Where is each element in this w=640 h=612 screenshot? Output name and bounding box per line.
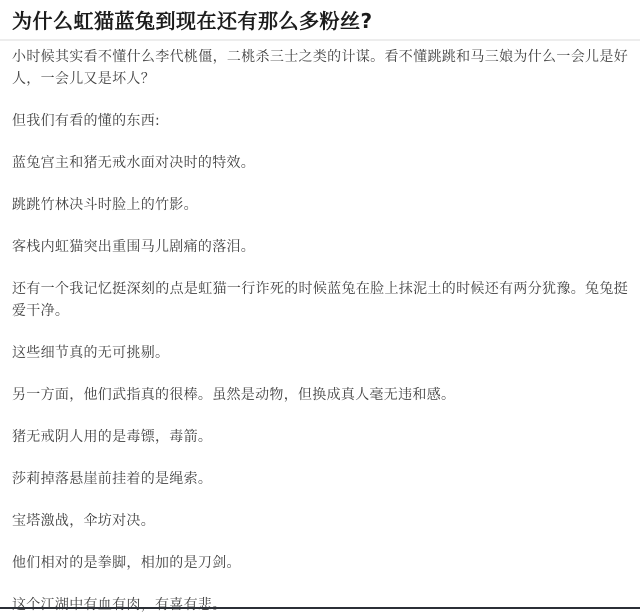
paragraph: 另一方面，他们武指真的很棒。虽然是动物，但换成真人毫无违和感。 xyxy=(12,384,628,406)
article-page: 为什么虹猫蓝兔到现在还有那么多粉丝? 小时候其实看不懂什么李代桃僵，二桃杀三士之… xyxy=(0,0,640,612)
paragraph: 这些细节真的无可挑剔。 xyxy=(12,342,628,364)
paragraph: 猪无戒阴人用的是毒镖，毒箭。 xyxy=(12,426,628,448)
question-title: 为什么虹猫蓝兔到现在还有那么多粉丝? xyxy=(12,8,628,34)
paragraph: 跳跳竹林决斗时脸上的竹影。 xyxy=(12,194,628,216)
paragraph: 客栈内虹猫突出重围马儿剧痛的落泪。 xyxy=(12,236,628,258)
paragraph: 但我们有看的懂的东西: xyxy=(12,110,628,132)
paragraph: 宝塔激战，伞坊对决。 xyxy=(12,510,628,532)
paragraph: 莎莉掉落悬崖前挂着的是绳索。 xyxy=(12,468,628,490)
paragraph: 蓝兔宫主和猪无戒水面对决时的特效。 xyxy=(12,152,628,174)
answer-body: 小时候其实看不懂什么李代桃僵，二桃杀三士之类的计谋。看不懂跳跳和马三娘为什么一会… xyxy=(0,46,640,612)
paragraph: 他们相对的是拳脚，相加的是刀剑。 xyxy=(12,552,628,574)
paragraph: 小时候其实看不懂什么李代桃僵，二桃杀三士之类的计谋。看不懂跳跳和马三娘为什么一会… xyxy=(12,46,628,90)
title-divider xyxy=(0,39,640,41)
paragraph: 这个江湖中有血有肉，有喜有悲。 xyxy=(12,594,628,612)
question-header: 为什么虹猫蓝兔到现在还有那么多粉丝? xyxy=(0,0,640,34)
paragraph: 还有一个我记忆挺深刻的点是虹猫一行诈死的时候蓝兔在脸上抹泥土的时候还有两分犹豫。… xyxy=(12,278,628,322)
bottom-border xyxy=(0,607,640,609)
